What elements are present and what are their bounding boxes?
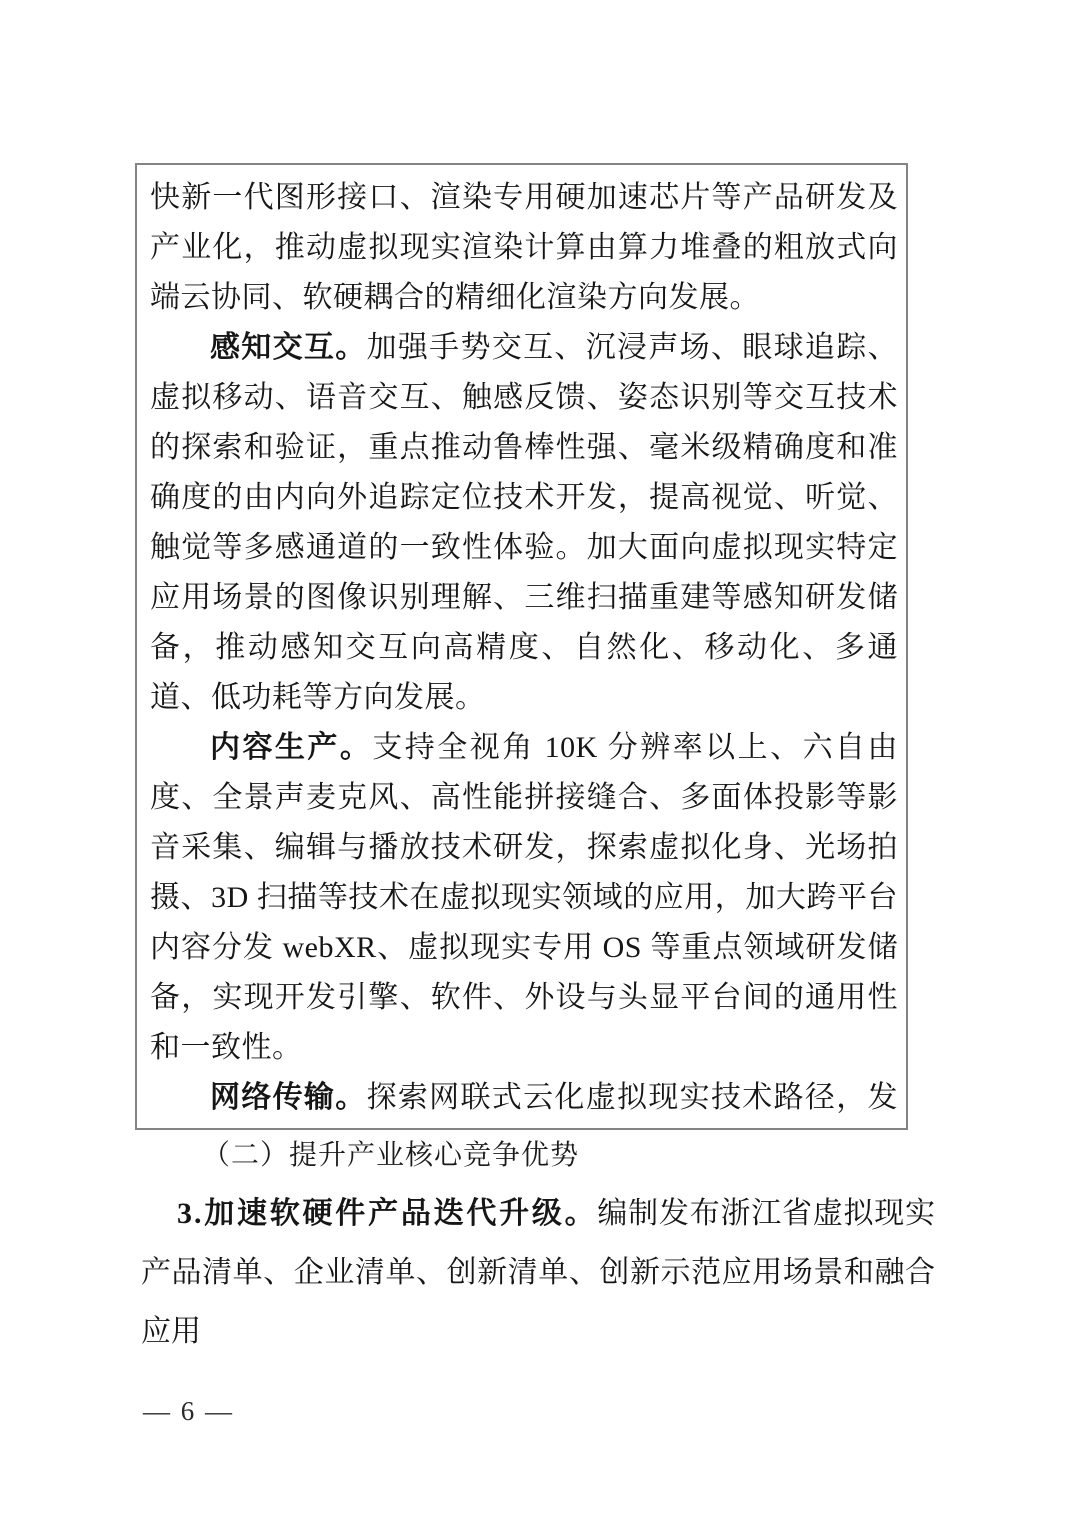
paragraph-network-transmission: 网络传输。探索网联式云化虚拟现实技术路径，发展具备架构简化、智能管道、按需组播、… <box>150 1073 898 1130</box>
paragraph-text: 支持全视角 10K 分辨率以上、六自由度、全景声麦克风、高性能拼接缝合、多面体投… <box>150 731 898 1064</box>
paragraph-content-production: 内容生产。支持全视角 10K 分辨率以上、六自由度、全景声麦克风、高性能拼接缝合… <box>150 723 898 1073</box>
boxed-text-section: 快新一代图形接口、渲染专用硬加速芯片等产品研发及产业化，推动虚拟现实渲染计算由算… <box>135 163 908 1130</box>
paragraph-perception-interaction: 感知交互。加强手势交互、沉浸声场、眼球追踪、虚拟移动、语音交互、触感反馈、姿态识… <box>150 323 898 723</box>
numbered-paragraph-lead-bold: 3.加速软硬件产品迭代升级。 <box>177 1197 597 1230</box>
paragraph-lead-bold: 网络传输。 <box>210 1081 367 1114</box>
paragraph-text: 快新一代图形接口、渲染专用硬加速芯片等产品研发及产业化，推动虚拟现实渲染计算由算… <box>150 181 898 314</box>
paragraph-text: 加强手势交互、沉浸声场、眼球追踪、虚拟移动、语音交互、触感反馈、姿态识别等交互技… <box>150 331 898 714</box>
paragraph-continuation: 快新一代图形接口、渲染专用硬加速芯片等产品研发及产业化，推动虚拟现实渲染计算由算… <box>150 173 898 323</box>
section-heading: （二）提升产业核心竞争优势 <box>135 1136 1012 1176</box>
paragraph-lead-bold: 内容生产。 <box>210 731 372 764</box>
paragraph-lead-bold: 感知交互。 <box>210 331 367 364</box>
page-number: — 6 — <box>143 1396 234 1427</box>
numbered-paragraph: 3.加速软硬件产品迭代升级。编制发布浙江省虚拟现实产品清单、企业清单、创新清单、… <box>141 1184 935 1361</box>
